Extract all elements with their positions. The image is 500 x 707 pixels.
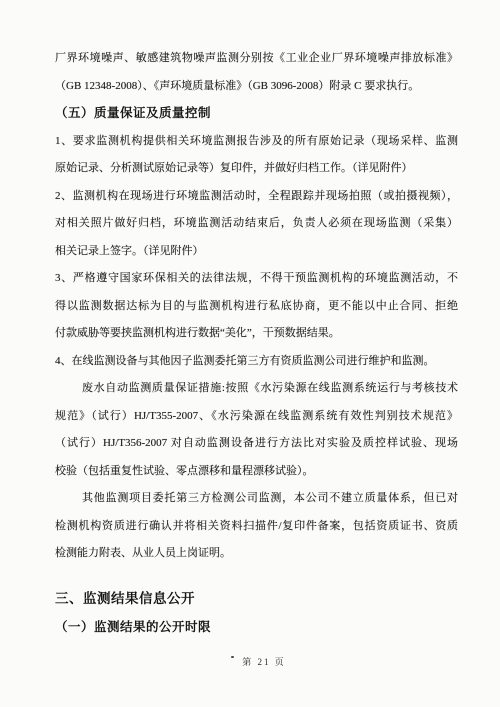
text-line: 原始记录、分析测试原始记录等）复印件，并做好归档工作。（详见附件） (55, 155, 458, 183)
text-line: （GB 12348-2008）、《声环境质量标准》（GB 3096-2008）附… (55, 73, 458, 101)
page-number: 第 21 页 (0, 655, 500, 668)
text-line: 3、严格遵守国家环保相关的法律法规，不得干预监测机构的环境监测活动，不 (55, 265, 458, 293)
text-line: 规范》（试行）HJ/T355-2007、《水污染源在线监测系统有效性判别技术规范… (55, 403, 458, 431)
text-line: 4、在线监测设备与其他因子监测委托第三方有资质监测公司进行维护和监测。 (55, 348, 458, 376)
section-heading-quality-assurance: （五）质量保证及质量控制 (55, 100, 458, 128)
text-line: 得以监测数据达标为目的与监测机构进行私底协商，更不能以中止合同、拒绝 (55, 293, 458, 321)
text-line: 对相关照片做好归档，环境监测活动结束后，负责人必须在现场监测（采集） (55, 210, 458, 238)
document-page: 厂界环境噪声、敏感建筑物噪声监测分别按《工业企业厂界环境噪声排放标准》（GB 1… (0, 0, 500, 707)
text-line: 相关记录上签字。（详见附件） (55, 238, 458, 266)
text-line: 厂界环境噪声、敏感建筑物噪声监测分别按《工业企业厂界环境噪声排放标准》 (55, 45, 458, 73)
text-line: 检测能力附表、从业人员上岗证明。 (55, 540, 458, 568)
section-heading-disclosure-timing: （一）监测结果的公开时限 (55, 614, 458, 642)
document-body: 厂界环境噪声、敏感建筑物噪声监测分别按《工业企业厂界环境噪声排放标准》（GB 1… (55, 45, 458, 641)
text-line: 校验（包括重复性试验、零点漂移和量程漂移试验）。 (55, 458, 458, 486)
text-line: 废水自动监测质量保证措施:按照《水污染源在线监测系统运行与考核技术 (55, 375, 458, 403)
text-line: 检测机构资质进行确认并将相关资料扫描件/复印件备案，包括资质证书、资质 (55, 513, 458, 541)
text-line: 付款威胁等要挟监测机构进行数据“美化”，干预数据结果。 (55, 320, 458, 348)
text-line: 1、要求监测机构提供相关环境监测报告涉及的所有原始记录（现场采样、监测 (55, 128, 458, 156)
text-line: （试行）HJ/T356-2007 对自动监测设备进行方法比对实验及质控样试验、现… (55, 430, 458, 458)
chapter-heading-result-disclosure: 三、监测结果信息公开 (55, 584, 458, 614)
text-line: 2、监测机构在现场进行环境监测活动时，全程跟踪并现场拍照（或拍摄视频）， (55, 183, 458, 211)
text-line: 其他监测项目委托第三方检测公司监测，本公司不建立质量体系，但已对 (55, 485, 458, 513)
